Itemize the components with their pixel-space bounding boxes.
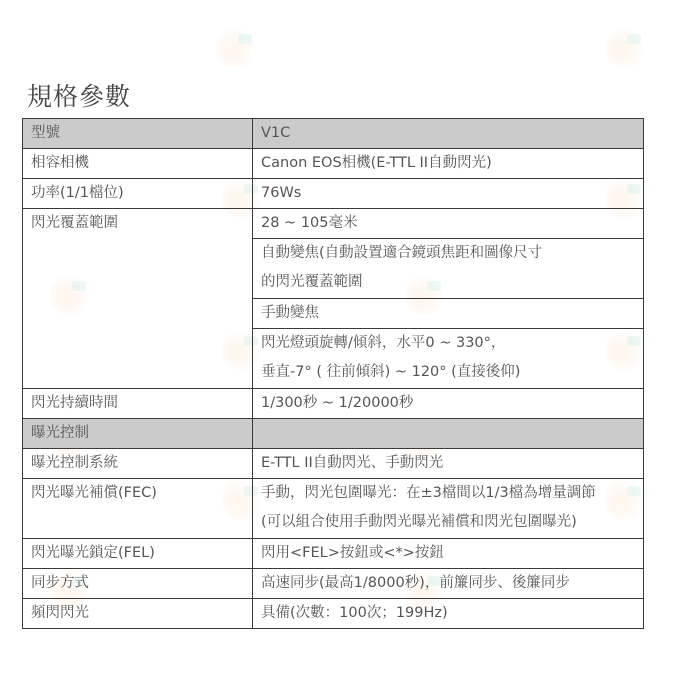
- spec-label: 相容相機: [23, 149, 253, 179]
- spec-value: Canon EOS相機(E-TTL II自動閃光): [253, 149, 644, 179]
- table-row: 閃光持續時間 1/300秒 ~ 1/20000秒: [23, 389, 644, 419]
- table-row: 相容相機 Canon EOS相機(E-TTL II自動閃光): [23, 149, 644, 179]
- spec-value: 高速同步(最高1/8000秒)，前簾同步、後簾同步: [253, 569, 644, 599]
- table-row: 曝光控制系統 E-TTL II自動閃光、手動閃光: [23, 449, 644, 479]
- spec-value-line: (可以組合使用手動閃光曝光補償和閃光包圍曝光): [261, 508, 635, 537]
- spec-label: 同步方式: [23, 569, 253, 599]
- spec-table: 型號 V1C 相容相機 Canon EOS相機(E-TTL II自動閃光) 功率…: [22, 118, 644, 629]
- spec-value: [253, 419, 644, 449]
- spec-value-line: 的閃光覆蓋範圍: [261, 268, 635, 297]
- spec-label: 閃光曝光鎖定(FEL): [23, 539, 253, 569]
- spec-value: 76Ws: [253, 179, 644, 209]
- spec-value: 具備(次數：100次；199Hz): [253, 599, 644, 629]
- spec-value: 手動，閃光包圍曝光：在±3檔間以1/3檔為增量調節 (可以組合使用手動閃光曝光補…: [253, 479, 644, 539]
- spec-value: E-TTL II自動閃光、手動閃光: [253, 449, 644, 479]
- spec-label: 閃光持續時間: [23, 389, 253, 419]
- spec-value: 閃用<FEL>按鈕或<*>按鈕: [253, 539, 644, 569]
- spec-value: 28 ~ 105毫米: [253, 209, 644, 239]
- spec-value-line: 閃光燈頭旋轉/傾斜，水平0 ~ 330°，: [261, 329, 635, 358]
- page-title: 規格參數: [27, 77, 131, 113]
- table-row: 閃光覆蓋範圍 28 ~ 105毫米: [23, 209, 644, 239]
- spec-value-line: 手動，閃光包圍曝光：在±3檔間以1/3檔為增量調節: [261, 479, 635, 508]
- watermark-logo: [216, 28, 256, 68]
- watermark-logo: [605, 28, 645, 68]
- spec-value: 手動變焦: [253, 299, 644, 329]
- table-row: 同步方式 高速同步(最高1/8000秒)，前簾同步、後簾同步: [23, 569, 644, 599]
- spec-value: 自動變焦(自動設置適合鏡頭焦距和圖像尺寸 的閃光覆蓋範圍: [253, 239, 644, 299]
- section-label: 曝光控制: [23, 419, 253, 449]
- table-row: 閃光曝光鎖定(FEL) 閃用<FEL>按鈕或<*>按鈕: [23, 539, 644, 569]
- table-row section-header: 曝光控制: [23, 419, 644, 449]
- table-row: 閃光曝光補償(FEC) 手動，閃光包圍曝光：在±3檔間以1/3檔為增量調節 (可…: [23, 479, 644, 539]
- spec-label: 功率(1/1檔位): [23, 179, 253, 209]
- spec-value: 1/300秒 ~ 1/20000秒: [253, 389, 644, 419]
- table-row: 型號 V1C: [23, 119, 644, 149]
- spec-value-line: 垂直-7° ( 往前傾斜) ~ 120° (直接後仰): [261, 358, 635, 387]
- spec-label: 曝光控制系統: [23, 449, 253, 479]
- spec-label: 型號: [23, 119, 253, 149]
- table-row: 頻閃閃光 具備(次數：100次；199Hz): [23, 599, 644, 629]
- spec-value-line: 自動變焦(自動設置適合鏡頭焦距和圖像尺寸: [261, 239, 635, 268]
- spec-value: 閃光燈頭旋轉/傾斜，水平0 ~ 330°， 垂直-7° ( 往前傾斜) ~ 12…: [253, 329, 644, 389]
- table-row: 功率(1/1檔位) 76Ws: [23, 179, 644, 209]
- spec-label: 頻閃閃光: [23, 599, 253, 629]
- spec-label: 閃光覆蓋範圍: [23, 209, 253, 389]
- spec-value: V1C: [253, 119, 644, 149]
- spec-label: 閃光曝光補償(FEC): [23, 479, 253, 539]
